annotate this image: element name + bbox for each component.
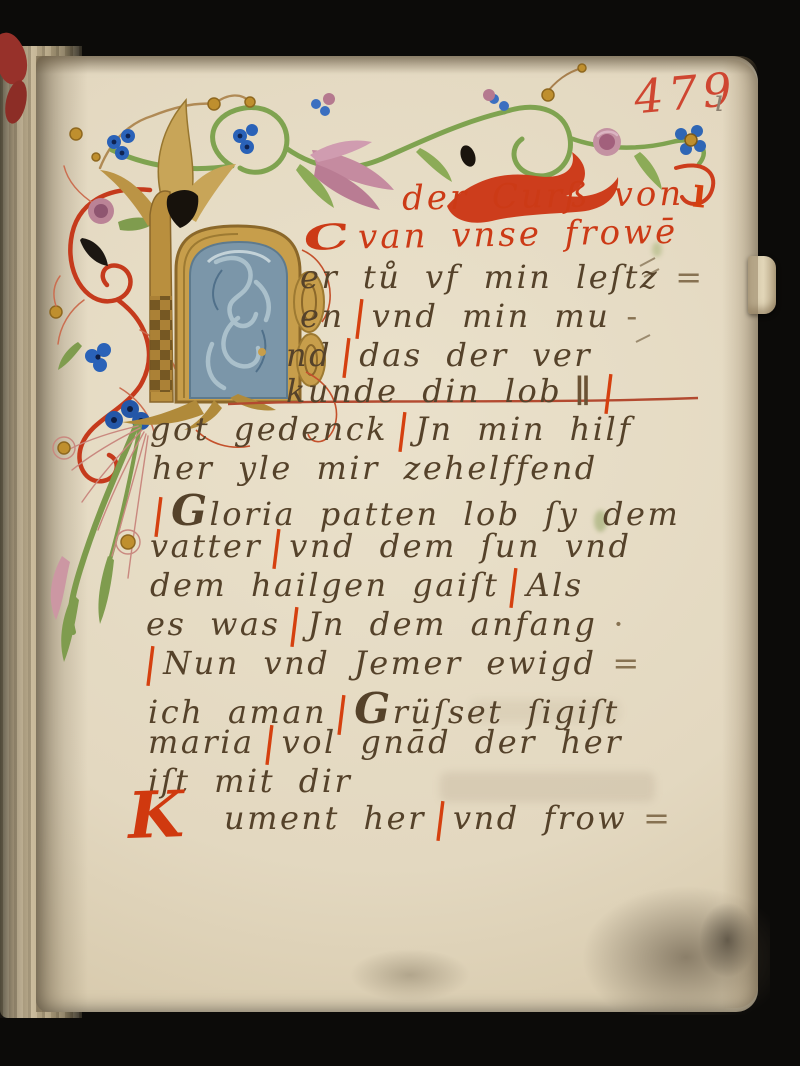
corner-mark: ı [714,84,724,119]
text-segment: got gedenck [150,410,388,448]
lombard-initial-K: K [127,777,185,854]
red-paraph-mark: | [142,639,162,688]
text-line: ument her|vnd frow= [224,799,672,837]
text-segment: er tů vf min leſtz [300,258,659,296]
red-paraph-mark: | [394,405,414,454]
red-paraph: C [299,216,360,261]
text-segment: her yle mir zehelffend [152,449,598,487]
red-paraph-mark: | [268,522,288,571]
red-paraph-mark: | [432,794,452,843]
text-line: got gedenck|Jn min hilf [150,410,633,448]
text-line: her yle mir zehelffend [152,449,598,487]
text-line: en|vnd min mu‐ [300,297,640,335]
text-line: er tů vf min leſtz= [300,258,705,296]
line-filler: = [675,258,704,296]
red-paraph-mark: | [287,600,307,649]
text-line: maria|vol gnād der her [148,723,623,761]
text-segment: vol gnād der her [282,723,623,761]
rubric-line: Cvan vnse frowē [314,212,679,258]
text-segment: kunde din lob [286,372,562,410]
manuscript-photo: 479 ı der Curß vonı Cvan vnse frowē er t… [0,0,800,1066]
text-segment: es was [146,605,280,643]
text-segment: Als [526,566,583,604]
text-segment: Jn dem anfang [308,605,598,643]
text-segment: en [300,297,345,335]
fore-edge-tab [748,256,776,314]
red-paraph-mark: | [261,718,281,767]
rubric-text: van vnse frowē [358,212,679,258]
text-segment: maria [148,723,255,761]
text-segment: dem hailgen gaiſt [150,566,499,604]
text-segment: Nun vnd Jemer ewigd [163,644,596,682]
red-paraph-mark: | [505,561,525,610]
text-segment: Jn min hilf [415,410,632,448]
line-filler: = [643,799,672,837]
text-segment: ument her [224,799,426,837]
text-segment: vnd dem ſun vnd [289,527,631,565]
pilcrow-mark: ∥ [574,372,593,410]
text-line: nd|das der ver [286,336,592,374]
text-line: |Nun vnd Jemer ewigd= [136,644,642,682]
red-tick: ı [691,168,712,219]
line-filler: · [613,605,626,643]
line-filler: ‐ [626,297,639,335]
line-filler: = [612,644,641,682]
text-segment: das der ver [359,336,592,374]
text-segment: vatter [150,527,262,565]
text-line: kunde din lob∥| [286,372,621,410]
text-segment: vnd min mu [372,297,611,335]
text-line: dem hailgen gaiſt|Als [150,566,584,604]
red-paraph-mark: | [600,367,620,416]
text-line: vatter|vnd dem ſun vnd [150,527,631,565]
text-line: es was|Jn dem anfang· [146,605,626,643]
text-segment: vnd frow [453,799,627,837]
text-segment: nd [286,336,332,374]
